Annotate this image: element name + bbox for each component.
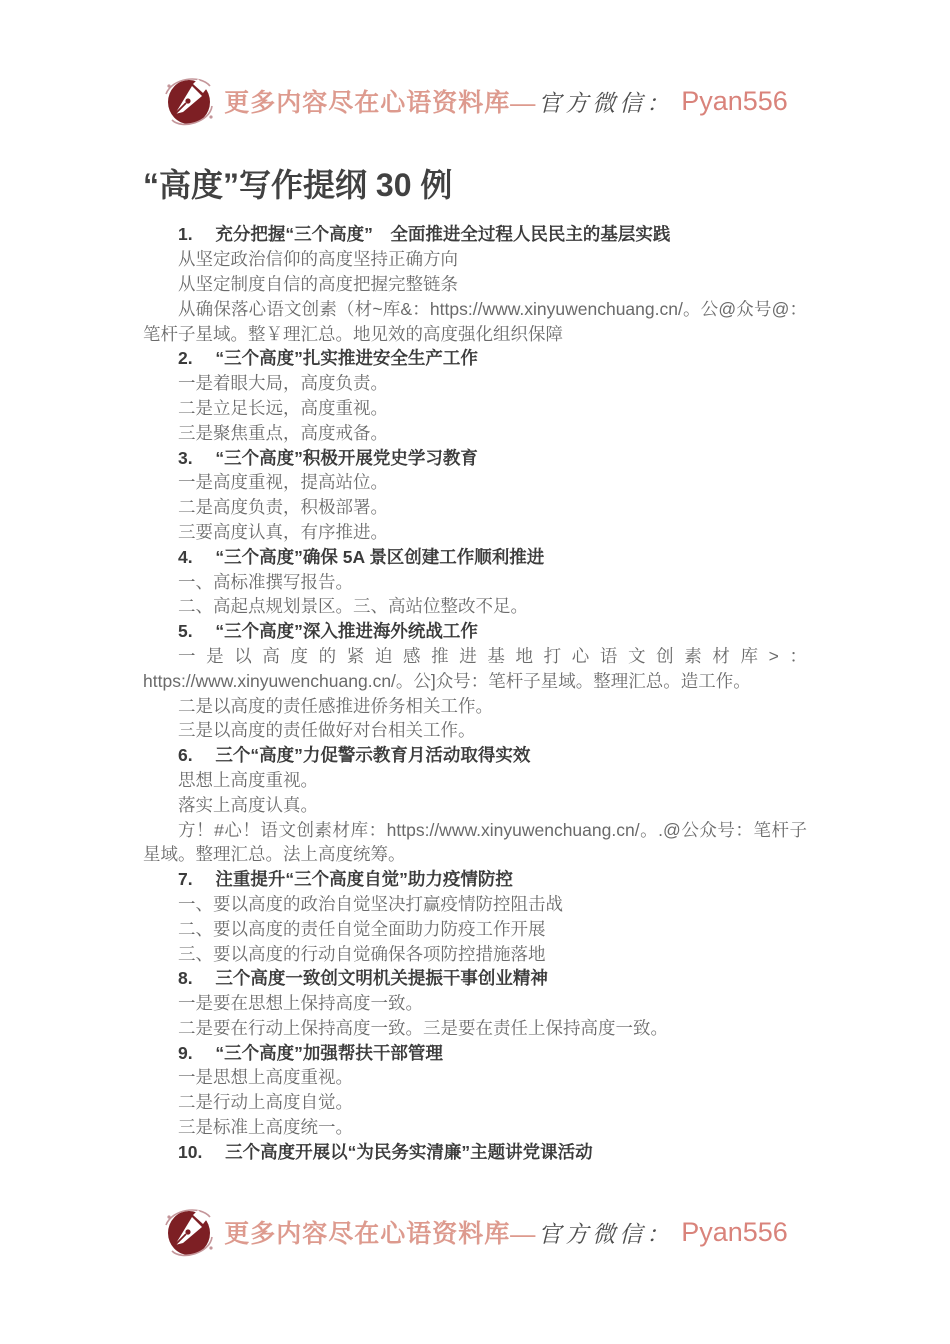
paragraph-text: 一是以高度的紧迫感推进基地打心语文创素材库>：https://www.xinyu… (143, 646, 807, 691)
paragraph-text: 三、要以高度的行动自觉确保各项防控措施落地 (178, 944, 546, 964)
paragraph: 二、高起点规划景区。三、高站位整改不足。 (143, 594, 807, 619)
section-heading-text: 三个高度开展以“为民务实清廉”主题讲党课活动 (225, 1142, 593, 1162)
section-heading-text: “三个高度”扎实推进安全生产工作 (215, 348, 478, 368)
section-heading: 4.“三个高度”确保 5A 景区创建工作顺利推进 (143, 545, 807, 570)
section-heading: 3.“三个高度”积极开展党史学习教育 (143, 446, 807, 471)
paragraph: 二是行动上高度自觉。 (143, 1090, 807, 1115)
section-heading: 6.三个“高度”力促警示教育月活动取得实效 (143, 743, 807, 768)
section-heading-text: 充分把握“三个高度” 全面推进全过程人民民主的基层实践 (215, 224, 670, 244)
paragraph-text: 落实上高度认真。 (178, 795, 318, 815)
banner-wechat-id: Pyan556 (681, 1217, 788, 1248)
paragraph: 二是立足长远，高度重视。 (143, 396, 807, 421)
paragraph-text: 一、要以高度的政治自觉坚决打赢疫情防控阻击战 (178, 894, 563, 914)
document-page: 更多内容尽在心语资料库— 官方微信： Pyan556 “高度”写作提纲 30 例… (0, 0, 950, 1344)
paragraph: 三是聚焦重点，高度戒备。 (143, 421, 807, 446)
paragraph: 从坚定政治信仰的高度坚持正确方向 (143, 247, 807, 272)
section-number: 5. (178, 621, 193, 641)
section-number: 2. (178, 348, 193, 368)
paragraph: 从确保落心语文创素（材~库&：https://www.xinyuwenchuan… (143, 297, 807, 347)
paragraph: 一是以高度的紧迫感推进基地打心语文创素材库>：https://www.xinyu… (143, 644, 807, 694)
section-heading: 2.“三个高度”扎实推进安全生产工作 (143, 346, 807, 371)
paragraph-text: 方！#心！语文创素材库：https://www.xinyuwenchuang.c… (143, 820, 807, 865)
page-title: “高度”写作提纲 30 例 (143, 162, 807, 208)
paragraph-text: 三要高度认真，有序推进。 (178, 522, 388, 542)
banner-brand-text: 更多内容尽在心语资料库— (224, 83, 536, 119)
banner-wechat-id: Pyan556 (681, 86, 788, 117)
header-banner: 更多内容尽在心语资料库— 官方微信： Pyan556 (0, 72, 950, 130)
paragraph-text: 从坚定制度自信的高度把握完整链条 (178, 274, 458, 294)
section-number: 6. (178, 745, 193, 765)
paragraph: 一是要在思想上保持高度一致。 (143, 991, 807, 1016)
section-number: 8. (178, 968, 193, 988)
paragraph: 落实上高度认真。 (143, 793, 807, 818)
paragraph: 三是以高度的责任做好对台相关工作。 (143, 718, 807, 743)
paragraph: 一是高度重视，提高站位。 (143, 470, 807, 495)
section-heading-text: “三个高度”积极开展党史学习教育 (215, 448, 478, 468)
section-number: 9. (178, 1043, 193, 1063)
paragraph: 一是思想上高度重视。 (143, 1065, 807, 1090)
paragraph: 二、要以高度的责任自觉全面助力防疫工作开展 (143, 917, 807, 942)
paragraph: 一、高标准撰写报告。 (143, 570, 807, 595)
paragraph-text: 从确保落心语文创素（材~库&：https://www.xinyuwenchuan… (143, 299, 807, 344)
section-number: 4. (178, 547, 193, 567)
footer-banner: 更多内容尽在心语资料库— 官方微信： Pyan556 (0, 1203, 950, 1261)
section-heading-text: “三个高度”确保 5A 景区创建工作顺利推进 (215, 547, 544, 567)
paragraph-text: 一是着眼大局，高度负责。 (178, 373, 388, 393)
section-heading-text: 三个“高度”力促警示教育月活动取得实效 (215, 745, 530, 765)
section-number: 3. (178, 448, 193, 468)
section-heading: 7.注重提升“三个高度自觉”助力疫情防控 (143, 867, 807, 892)
paragraph-text: 一是思想上高度重视。 (178, 1067, 353, 1087)
section-heading: 9.“三个高度”加强帮扶干部管理 (143, 1041, 807, 1066)
paragraph: 一、要以高度的政治自觉坚决打赢疫情防控阻击战 (143, 892, 807, 917)
paragraph-text: 三是以高度的责任做好对台相关工作。 (178, 720, 476, 740)
pen-nib-logo-icon (162, 1203, 216, 1261)
paragraph-text: 一是高度重视，提高站位。 (178, 472, 388, 492)
section-heading: 1.充分把握“三个高度” 全面推进全过程人民民主的基层实践 (143, 222, 807, 247)
paragraph-text: 二、高起点规划景区。三、高站位整改不足。 (178, 596, 528, 616)
document-content: 1.充分把握“三个高度” 全面推进全过程人民民主的基层实践从坚定政治信仰的高度坚… (143, 222, 807, 1164)
paragraph-text: 二是高度负责，积极部署。 (178, 497, 388, 517)
section-heading-text: “三个高度”加强帮扶干部管理 (215, 1043, 443, 1063)
section-heading-text: 注重提升“三个高度自觉”助力疫情防控 (215, 869, 513, 889)
banner-brand-text: 更多内容尽在心语资料库— (224, 1214, 536, 1250)
paragraph: 二是高度负责，积极部署。 (143, 495, 807, 520)
section-heading: 5.“三个高度”深入推进海外统战工作 (143, 619, 807, 644)
paragraph-text: 二是立足长远，高度重视。 (178, 398, 388, 418)
paragraph: 三要高度认真，有序推进。 (143, 520, 807, 545)
paragraph: 思想上高度重视。 (143, 768, 807, 793)
section-heading-text: “三个高度”深入推进海外统战工作 (215, 621, 478, 641)
section-heading: 10.三个高度开展以“为民务实清廉”主题讲党课活动 (143, 1140, 807, 1165)
paragraph-text: 三是标准上高度统一。 (178, 1117, 353, 1137)
paragraph: 二是以高度的责任感推进侨务相关工作。 (143, 694, 807, 719)
section-heading-text: 三个高度一致创文明机关提振干事创业精神 (215, 968, 548, 988)
section-heading: 8.三个高度一致创文明机关提振干事创业精神 (143, 966, 807, 991)
paragraph-text: 一是要在思想上保持高度一致。 (178, 993, 423, 1013)
paragraph-text: 思想上高度重视。 (178, 770, 318, 790)
paragraph-text: 二是要在行动上保持高度一致。三是要在责任上保持高度一致。 (178, 1018, 668, 1038)
section-number: 1. (178, 224, 193, 244)
banner-wechat-label: 官方微信： (538, 85, 673, 118)
paragraph: 从坚定制度自信的高度把握完整链条 (143, 272, 807, 297)
paragraph: 二是要在行动上保持高度一致。三是要在责任上保持高度一致。 (143, 1016, 807, 1041)
paragraph-text: 二是行动上高度自觉。 (178, 1092, 353, 1112)
paragraph-text: 二、要以高度的责任自觉全面助力防疫工作开展 (178, 919, 546, 939)
paragraph: 三、要以高度的行动自觉确保各项防控措施落地 (143, 942, 807, 967)
paragraph: 方！#心！语文创素材库：https://www.xinyuwenchuang.c… (143, 818, 807, 868)
section-number: 10. (178, 1142, 202, 1162)
paragraph: 一是着眼大局，高度负责。 (143, 371, 807, 396)
pen-nib-logo-icon (162, 72, 216, 130)
paragraph-text: 二是以高度的责任感推进侨务相关工作。 (178, 696, 493, 716)
paragraph-text: 一、高标准撰写报告。 (178, 572, 353, 592)
section-number: 7. (178, 869, 193, 889)
banner-wechat-label: 官方微信： (538, 1216, 673, 1249)
paragraph: 三是标准上高度统一。 (143, 1115, 807, 1140)
paragraph-text: 三是聚焦重点，高度戒备。 (178, 423, 388, 443)
paragraph-text: 从坚定政治信仰的高度坚持正确方向 (178, 249, 458, 269)
